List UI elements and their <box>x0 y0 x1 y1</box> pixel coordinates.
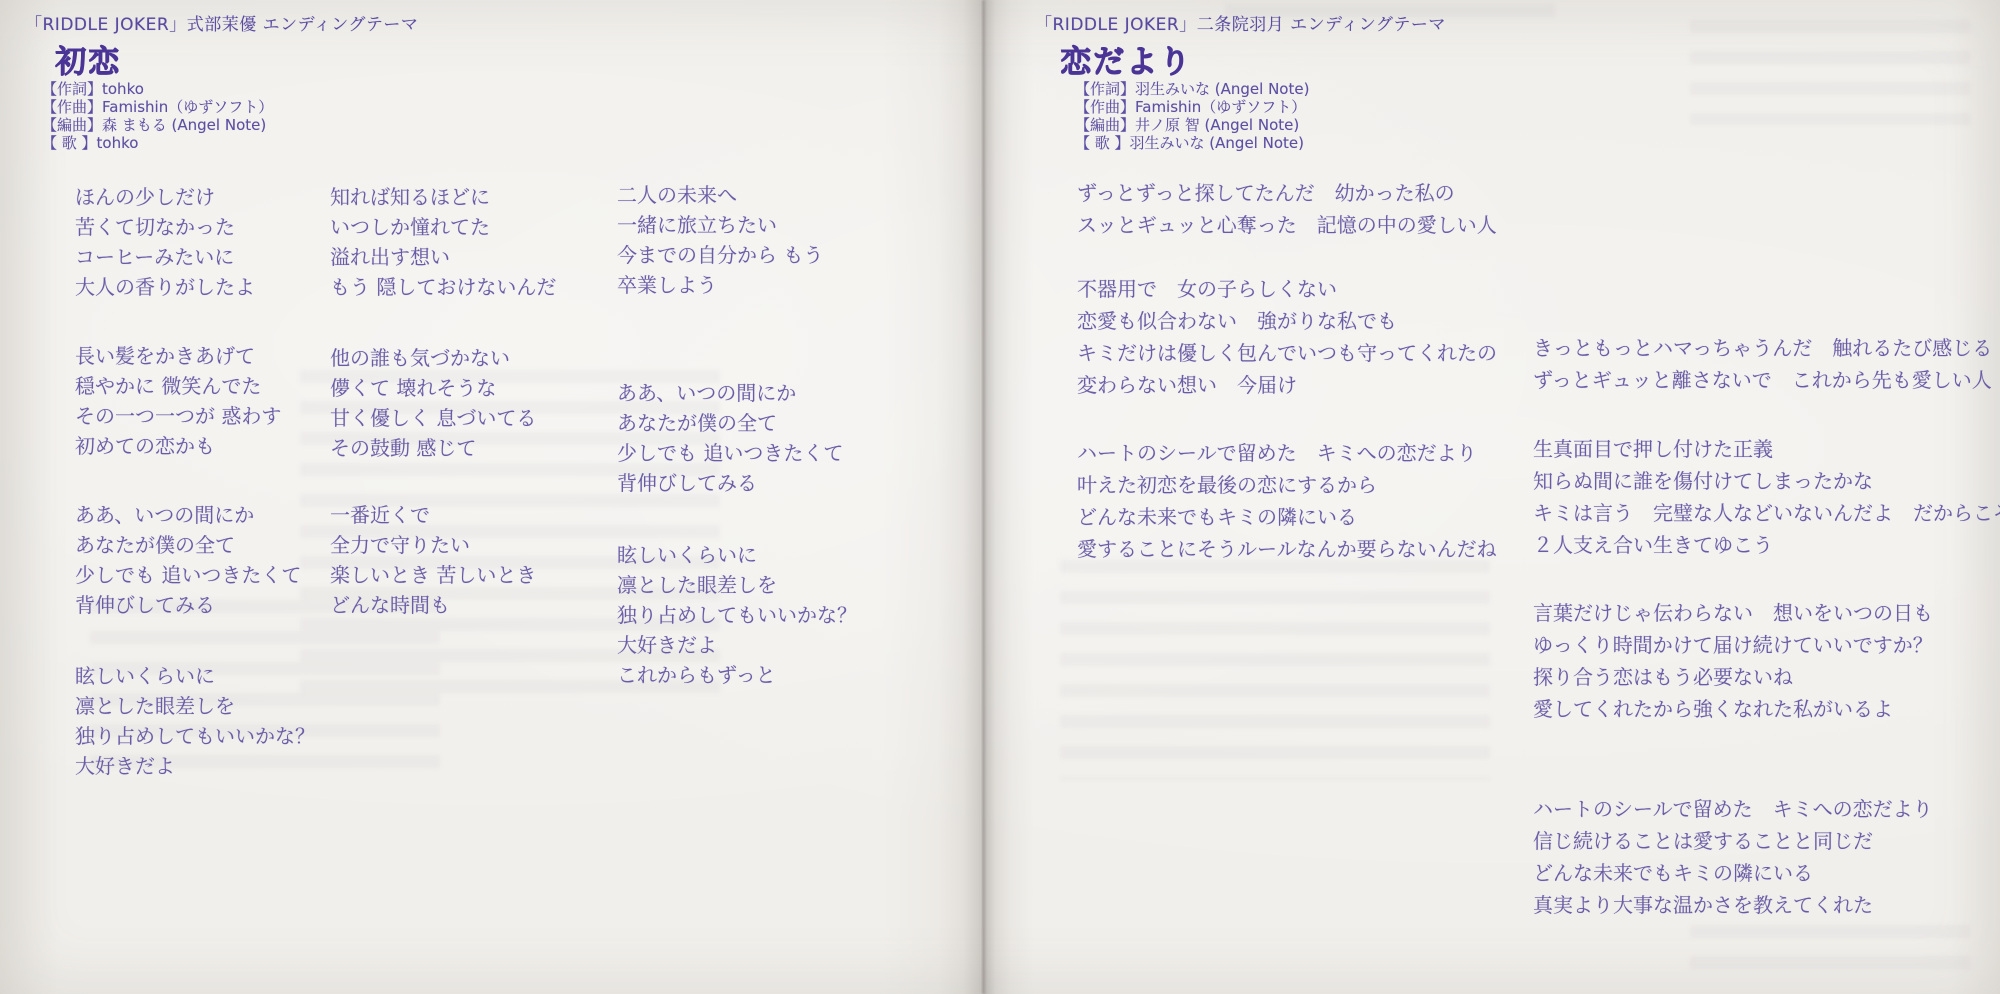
lyrics-booklet-spread: 「RIDDLE JOKER」式部茉優 エンディングテーマ 初恋 【作詞】tohk… <box>0 0 2000 994</box>
binding-gutter <box>938 0 1034 994</box>
binding-crease <box>982 0 985 994</box>
left-page-shading <box>0 0 980 994</box>
right-page-shading <box>1020 0 2000 994</box>
